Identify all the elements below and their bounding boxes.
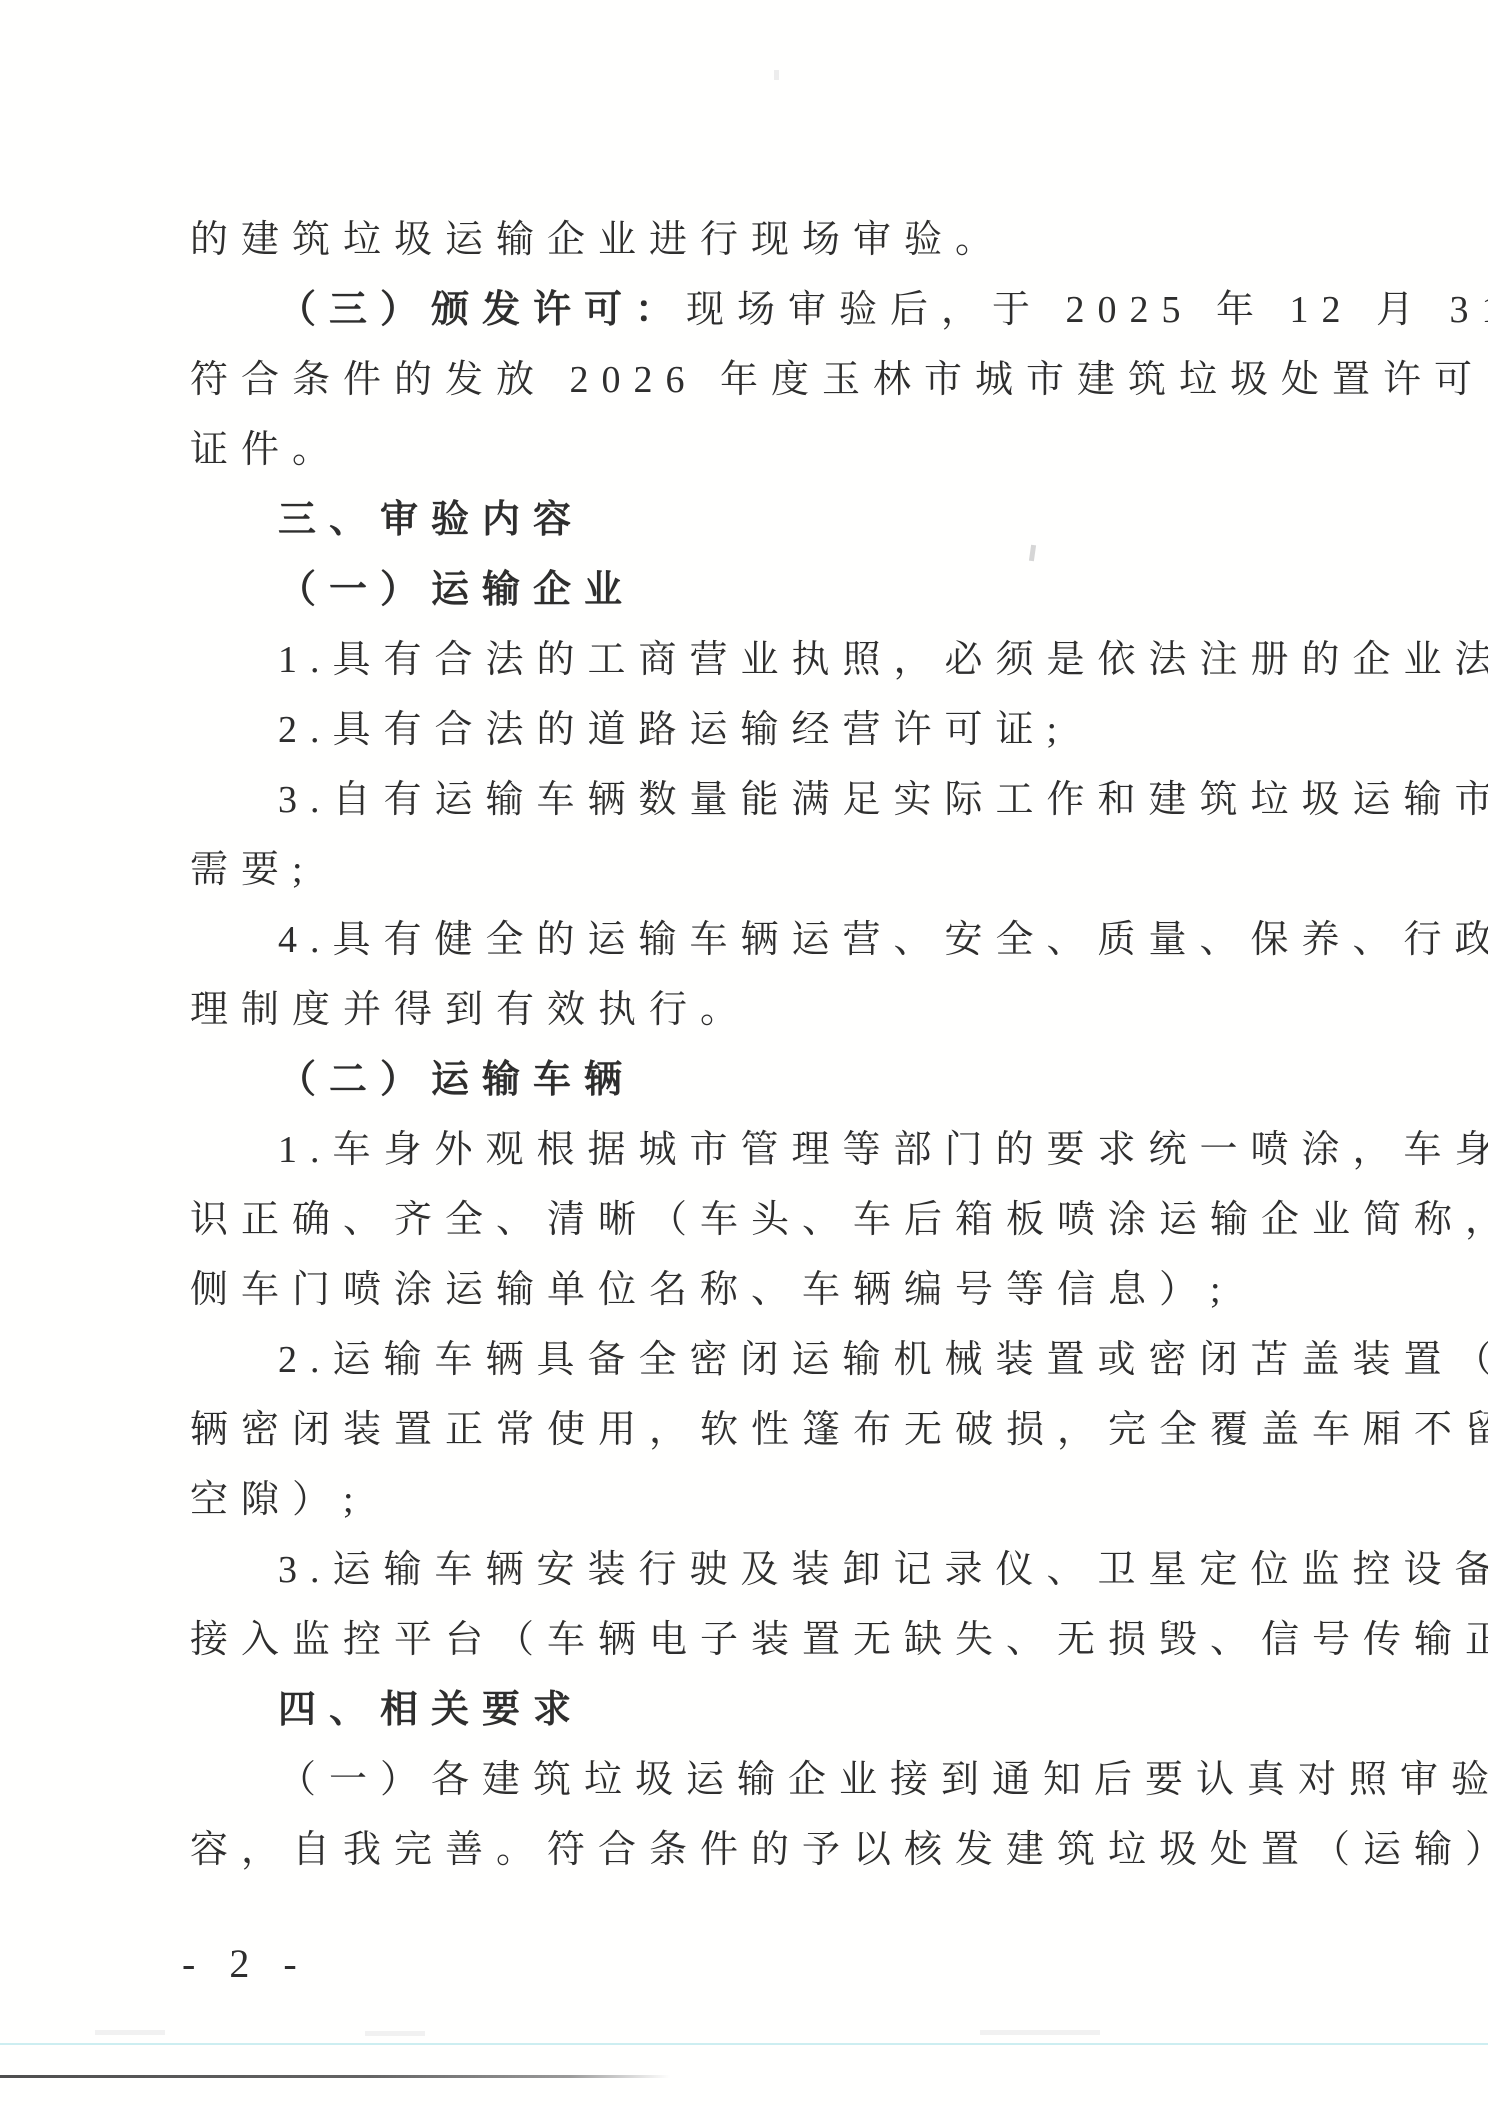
issue-permit-line1-text: 现场审验后，于 2025 年 12 月 31 日前对	[686, 289, 1488, 331]
item-vehicle-painting-line1: 1.车身外观根据城市管理等部门的要求统一喷涂，车身标	[190, 1115, 1295, 1185]
heading-section-four-requirements: 四、相关要求	[190, 1675, 1295, 1745]
item-vehicle-quantity-line2: 需要;	[190, 835, 1295, 905]
item-monitoring-equipment-line1: 3.运输车辆安装行驶及装卸记录仪、卫星定位监控设备并	[190, 1535, 1295, 1605]
item-management-system-line1: 4.具有健全的运输车辆运营、安全、质量、保养、行政管	[190, 905, 1295, 975]
scan-smudge	[980, 2030, 1100, 2035]
item-sealed-cover-line1: 2.运输车辆具备全密闭运输机械装置或密闭苫盖装置（车	[190, 1325, 1295, 1395]
item-sealed-cover-line2: 辆密闭装置正常使用，软性篷布无破损，完全覆盖车厢不留有	[190, 1395, 1295, 1465]
scan-speck-top	[774, 70, 779, 80]
scanner-edge-line-dark	[0, 2075, 670, 2078]
para-requirement-one-line1: （一）各建筑垃圾运输企业接到通知后要认真对照审验内	[190, 1745, 1295, 1815]
scanned-document-page: 的建筑垃圾运输企业进行现场审验。 （三）颁发许可：现场审验后，于 2025 年 …	[0, 0, 1488, 2106]
item-business-license: 1.具有合法的工商营业执照，必须是依法注册的企业法人;	[190, 625, 1295, 695]
item-vehicle-quantity-line1: 3.自有运输车辆数量能满足实际工作和建筑垃圾运输市场	[190, 765, 1295, 835]
item-vehicle-painting-line2: 识正确、齐全、清晰（车头、车后箱板喷涂运输企业简称，两	[190, 1185, 1295, 1255]
item-road-transport-permit: 2.具有合法的道路运输经营许可证;	[190, 695, 1295, 765]
item-monitoring-equipment-line2: 接入监控平台（车辆电子装置无缺失、无损毁、信号传输正常）。	[190, 1605, 1295, 1675]
scanner-edge-line-cyan	[0, 2043, 1488, 2045]
scan-smudge	[95, 2030, 165, 2035]
para-requirement-one-line2: 容，自我完善。符合条件的予以核发建筑垃圾处置（运输）许	[190, 1815, 1295, 1885]
line-continuation-onsite-review: 的建筑垃圾运输企业进行现场审验。	[190, 205, 1295, 275]
issue-permit-heading-lead: （三）颁发许可：	[278, 289, 686, 331]
item-sealed-cover-line3: 空隙）;	[190, 1465, 1295, 1535]
heading-section-three-review-content: 三、审验内容	[190, 485, 1295, 555]
heading-transport-enterprise: （一）运输企业	[190, 555, 1295, 625]
document-text-block: 的建筑垃圾运输企业进行现场审验。 （三）颁发许可：现场审验后，于 2025 年 …	[190, 205, 1295, 1885]
para-issue-permit-line1: （三）颁发许可：现场审验后，于 2025 年 12 月 31 日前对	[190, 275, 1295, 345]
para-issue-permit-line3: 证件。	[190, 415, 1295, 485]
page-number: - 2 -	[182, 1936, 309, 1992]
scan-smudge	[365, 2031, 425, 2036]
item-vehicle-painting-line3: 侧车门喷涂运输单位名称、车辆编号等信息）;	[190, 1255, 1295, 1325]
heading-transport-vehicles: （二）运输车辆	[190, 1045, 1295, 1115]
para-issue-permit-line2: 符合条件的发放 2026 年度玉林市城市建筑垃圾处置许可（运输）	[190, 345, 1295, 415]
item-management-system-line2: 理制度并得到有效执行。	[190, 975, 1295, 1045]
